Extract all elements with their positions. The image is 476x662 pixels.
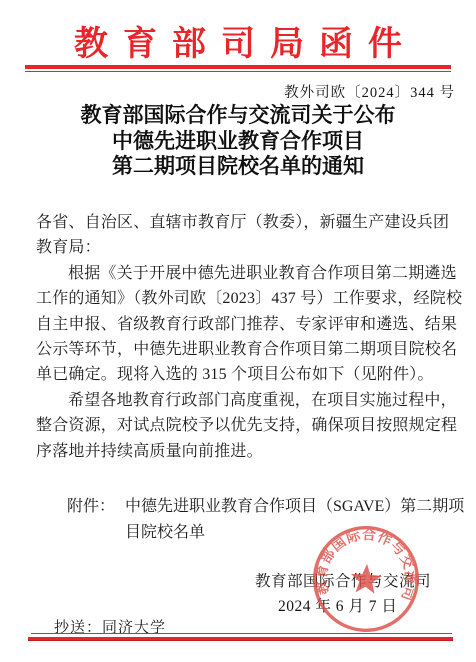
notice-title-line-3: 第二期项目院校名单的通知 xyxy=(0,154,476,180)
notice-title-line-2: 中德先进职业教育合作项目 xyxy=(0,129,476,155)
signature-date: 2024 年 6 月 7 日 xyxy=(278,594,397,616)
attachment-line-2: 目院校名单 xyxy=(125,520,464,546)
attachment-line-1: 中德先进职业教育合作项目（SGAVE）第二期项 xyxy=(125,494,464,520)
document-page: 教育部司局函件 教外司欧〔2024〕344 号 教育部国际合作与交流司关于公布 … xyxy=(0,0,476,662)
attachment-label: 附件： xyxy=(67,494,115,546)
body-line: 根据《关于开展中德先进职业教育合作项目第二期遴选 xyxy=(36,261,450,286)
notice-title-line-1: 教育部国际合作与交流司关于公布 xyxy=(0,103,476,129)
letterhead-rule-thin xyxy=(25,71,451,72)
body-text: 各省、自治区、直辖市教育厅（教委），新疆生产建设兵团 教育局： 根据《关于开展中… xyxy=(36,210,450,464)
body-line: 教育局： xyxy=(36,235,450,260)
body-line: 各省、自治区、直辖市教育厅（教委），新疆生产建设兵团 xyxy=(36,210,450,235)
body-line: 希望各地教育行政部门高度重视，在项目实施过程中， xyxy=(36,388,450,413)
body-line: 整合资源，对试点院校予以优先支持，确保项目按照规定程 xyxy=(36,413,450,438)
letterhead-rule-thick xyxy=(25,65,451,69)
footer-rule-thick xyxy=(28,637,453,642)
body-line: 单已确定。现将入选的 315 个项目公布如下（见附件）。 xyxy=(36,362,450,387)
document-number: 教外司欧〔2024〕344 号 xyxy=(284,81,455,102)
notice-title: 教育部国际合作与交流司关于公布 中德先进职业教育合作项目 第二期项目院校名单的通… xyxy=(0,103,476,180)
body-line: 自主申报、省级教育行政部门推荐、专家评审和遴选、结果 xyxy=(36,312,450,337)
footer-rule-thin xyxy=(31,633,452,634)
signature-organization: 教育部国际合作与交流司 xyxy=(255,569,431,591)
body-line: 工作的通知》（教外司欧〔2023〕437 号）工作要求，经院校 xyxy=(36,286,450,311)
body-line: 序落地并持续高质量向前推进。 xyxy=(36,439,450,464)
body-line: 公示等环节，中德先进职业教育合作项目第二期项目院校名 xyxy=(36,337,450,362)
attachment-content: 中德先进职业教育合作项目（SGAVE）第二期项 目院校名单 xyxy=(125,494,464,546)
letterhead-banner: 教育部司局函件 xyxy=(0,16,476,65)
attachment-note: 附件： 中德先进职业教育合作项目（SGAVE）第二期项 目院校名单 xyxy=(67,494,464,546)
